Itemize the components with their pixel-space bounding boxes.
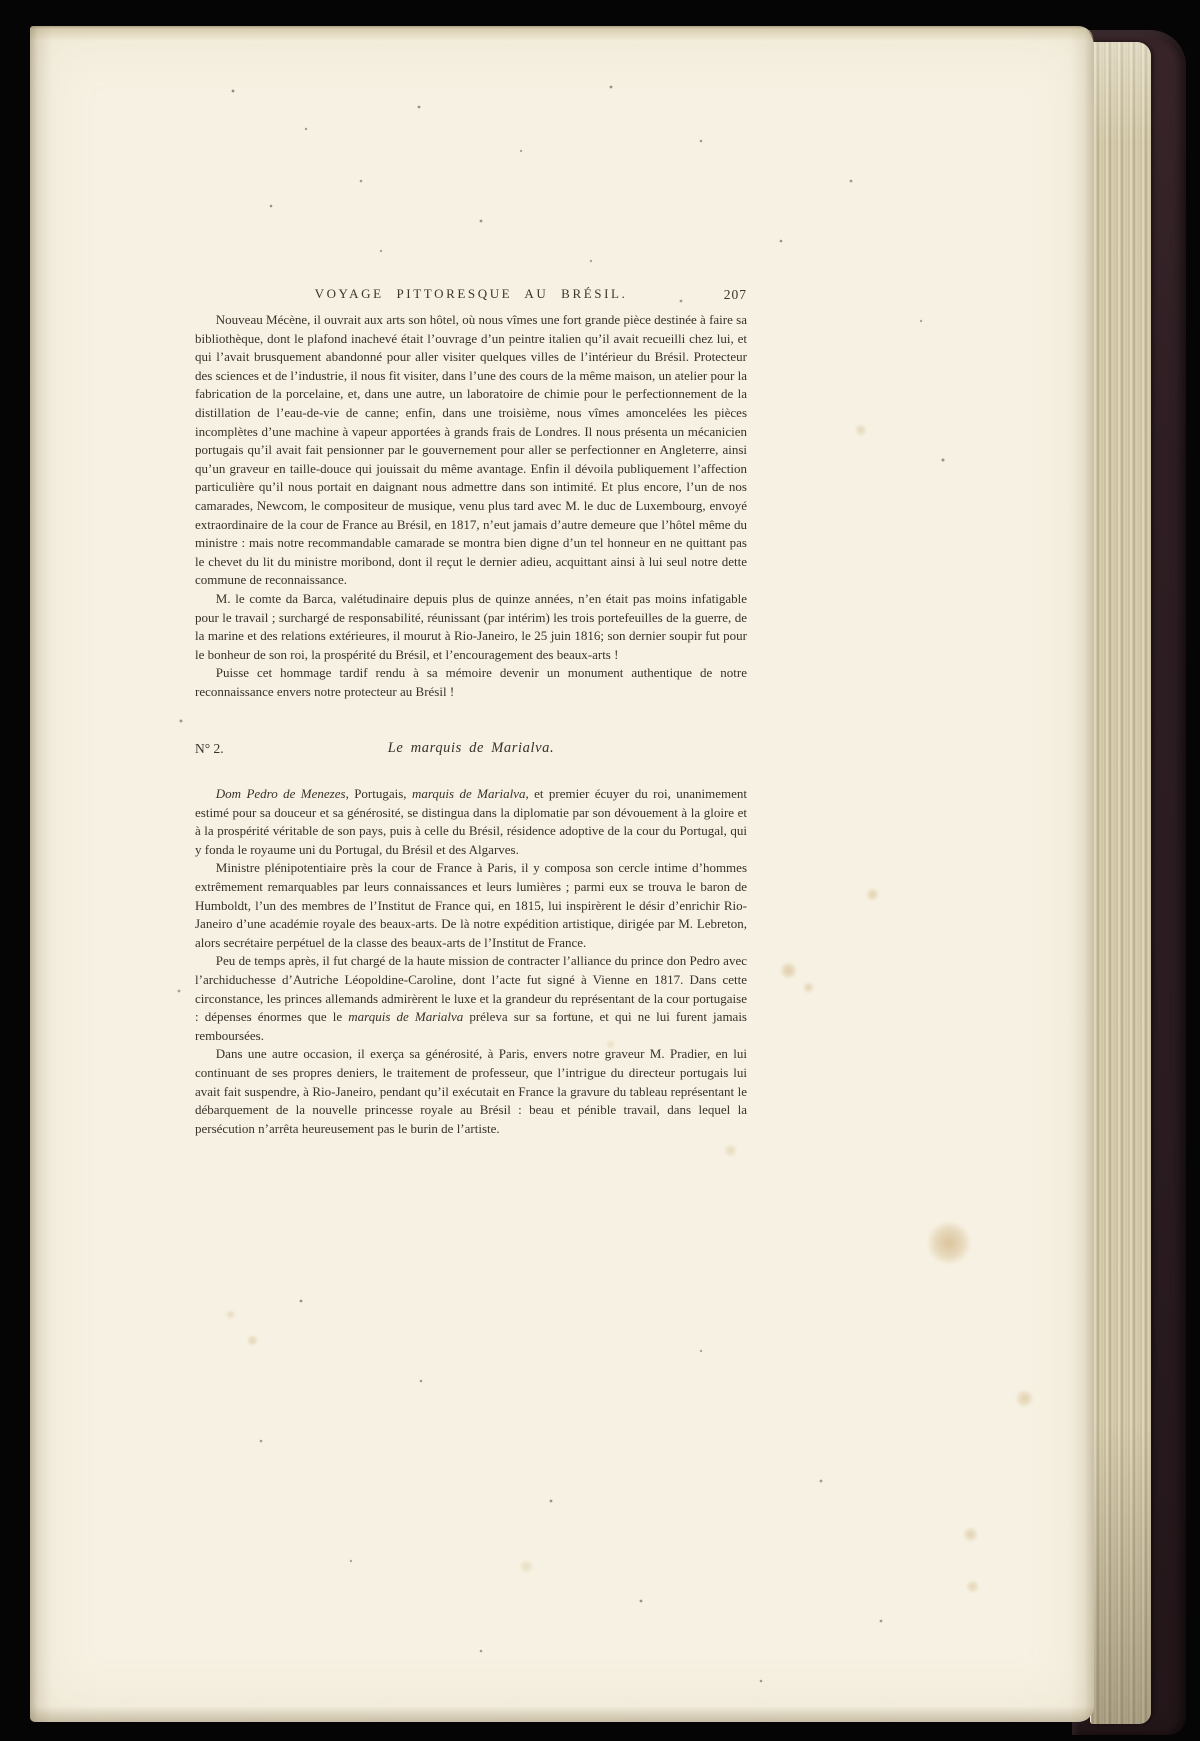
foxing-spot [519,1560,534,1573]
dust-specks [30,26,32,28]
foxing-spot [803,982,814,993]
page-edge-stack [1090,42,1151,1724]
foxing-spot [966,1580,979,1593]
text-run: Nouveau Mécène, il ouvrait aux arts son … [195,312,747,587]
foxing-spot [247,1335,258,1346]
section-number: N° 2. [195,740,224,759]
text-run: M. le comte da Barca, valétudinaire depu… [195,591,747,662]
foxing-spot [780,962,797,979]
page-number: 207 [724,287,747,303]
paragraph: Nouveau Mécène, il ouvrait aux arts son … [195,311,747,590]
paragraph: Ministre plénipotentiaire près la cour d… [195,859,747,952]
page-foredge-shadow [1070,26,1094,1722]
book-page: VOYAGE PITTORESQUE AU BRÉSIL. 207 Nouvea… [30,26,1094,1722]
italic-text: marquis de Marialva [412,786,526,801]
body-text: Nouveau Mécène, il ouvrait aux arts son … [195,311,747,1138]
page-bottom-shadow [30,1706,1094,1722]
italic-text: marquis de Marialva [348,1009,463,1024]
foxing-spot [1015,1390,1034,1407]
foxing-spot [866,888,879,901]
running-header: VOYAGE PITTORESQUE AU BRÉSIL. 207 [195,286,747,304]
running-title: VOYAGE PITTORESQUE AU BRÉSIL. [195,286,747,302]
foxing-spot [855,424,867,436]
paragraph: Puisse cet hommage tardif rendu à sa mém… [195,664,747,701]
foxing-spot [226,1310,235,1319]
foxing-spot [724,1144,737,1157]
paragraph: Dans une autre occasion, il exerça sa gé… [195,1045,747,1138]
text-run: Puisse cet hommage tardif rendu à sa mém… [195,665,747,699]
page-content: VOYAGE PITTORESQUE AU BRÉSIL. 207 Nouvea… [195,286,747,1138]
paragraph: Peu de temps après, il fut chargé de la … [195,952,747,1045]
text-run: Dans une autre occasion, il exerça sa gé… [195,1046,747,1135]
italic-text: Dom Pedro de Menezes [216,786,346,801]
foxing-spot [963,1527,978,1542]
page-gutter-shadow [30,26,52,1722]
text-run: Ministre plénipotentiaire près la cour d… [195,860,747,949]
text-run: , Portugais, [346,786,412,801]
paragraph: Dom Pedro de Menezes, Portugais, marquis… [195,785,747,859]
section-heading: N° 2.Le marquis de Marialva. [195,739,747,758]
foxing-spot [926,1222,972,1264]
page-top-shadow [30,26,1094,42]
paragraph: M. le comte da Barca, valétudinaire depu… [195,590,747,664]
section-title: Le marquis de Marialva. [388,740,554,756]
